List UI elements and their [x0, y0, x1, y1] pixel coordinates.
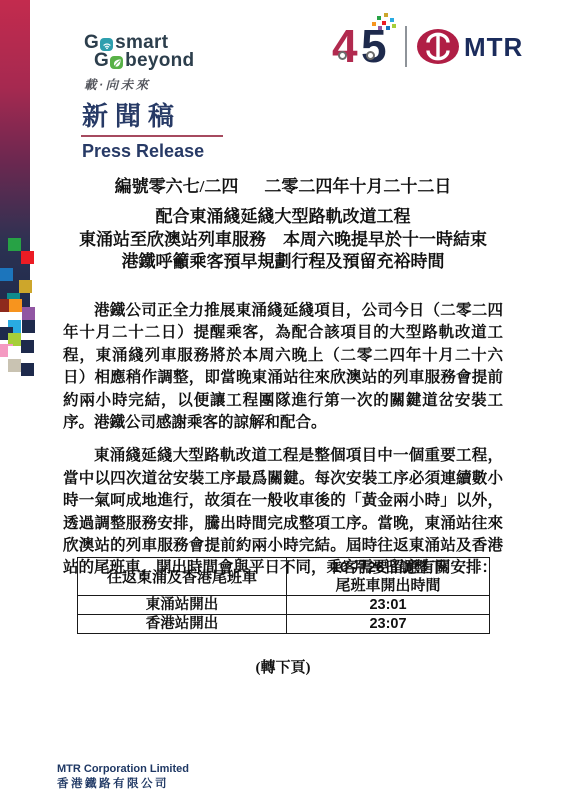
logo-divider	[405, 26, 407, 67]
logo-tagline: 載·向未來	[84, 75, 194, 93]
paragraph-1: 港鐵公司正全力推展東涌綫延綫項目，公司今日（二零二四年十月二十二日）提醒乘客，為…	[63, 300, 503, 434]
press-release-page: G smart G beyond 載·向未來 4 5	[0, 0, 566, 800]
station-cell: 東涌站開出	[78, 596, 287, 615]
doc-date: 二零二四年十月二十二日	[264, 177, 451, 196]
masthead-title-en: Press Release	[82, 141, 204, 162]
wheel-icon	[366, 51, 375, 60]
time-cell: 23:01	[287, 596, 490, 615]
doc-meta-line: 編號零六七/二四二零二四年十月二十二日	[63, 172, 503, 197]
anniversary-digit-4: 4	[332, 24, 358, 68]
masthead-title-zh: 新聞稿	[82, 101, 181, 131]
company-name-en: MTR Corporation Limited	[57, 763, 189, 776]
masthead-rule	[81, 135, 223, 137]
anniversary-digit-5: 5	[361, 24, 387, 68]
station-cell: 香港站開出	[78, 615, 287, 634]
table-row: 東涌站開出 23:01	[78, 596, 490, 615]
headline-line-2: 東涌站至欣澳站列車服務 本周六晚提早於十一時結束	[63, 229, 503, 252]
mtr-wordmark: MTR	[464, 34, 523, 60]
leaf-icon	[110, 56, 123, 69]
body-text: 港鐵公司正全力推展東涌綫延綫項目，公司今日（二零二四年十月二十二日）提醒乘客，為…	[63, 300, 503, 591]
headline: 配合東涌綫延綫大型路軌改道工程 東涌站至欣澳站列車服務 本周六晚提早於十一時結束…	[63, 206, 503, 274]
logo-letter-g2: G	[94, 50, 109, 72]
table-row: 香港站開出 23:07	[78, 615, 490, 634]
45th-anniversary-logo: 4 5	[330, 18, 402, 70]
headline-line-3: 港鐵呼籲乘客預早規劃行程及預留充裕時間	[63, 251, 503, 274]
mtr-roundel-icon	[417, 29, 459, 64]
headline-line-1: 配合東涌綫延綫大型路軌改道工程	[63, 206, 503, 229]
logo-line-2: G beyond	[94, 52, 194, 70]
continuation-note: (轉下頁)	[63, 656, 503, 677]
page-footer: MTR Corporation Limited 香港鐵路有限公司	[57, 763, 189, 791]
wheel-icon	[338, 51, 347, 60]
table-header-row: 往返東涌及香港尾班車 10 月26日調整下 尾班車開出時間	[78, 558, 490, 596]
table-header-route: 往返東涌及香港尾班車	[78, 558, 287, 596]
table-header-time: 10 月26日調整下 尾班車開出時間	[287, 558, 490, 596]
doc-number: 編號零六七/二四	[115, 177, 239, 196]
company-name-zh: 香港鐵路有限公司	[57, 777, 189, 791]
time-cell: 23:07	[287, 615, 490, 634]
mtr-logo: MTR	[417, 29, 523, 64]
table-header-time-line2: 尾班車開出時間	[287, 577, 489, 595]
logo-word-beyond: beyond	[125, 50, 194, 72]
last-train-schedule-table: 往返東涌及香港尾班車 10 月26日調整下 尾班車開出時間 東涌站開出 23:0…	[77, 557, 490, 634]
go-smart-go-beyond-logo: G smart G beyond 載·向未來	[84, 34, 194, 93]
table-header-time-line1: 10 月26日調整下	[287, 559, 489, 577]
gradient-bar	[0, 0, 30, 312]
